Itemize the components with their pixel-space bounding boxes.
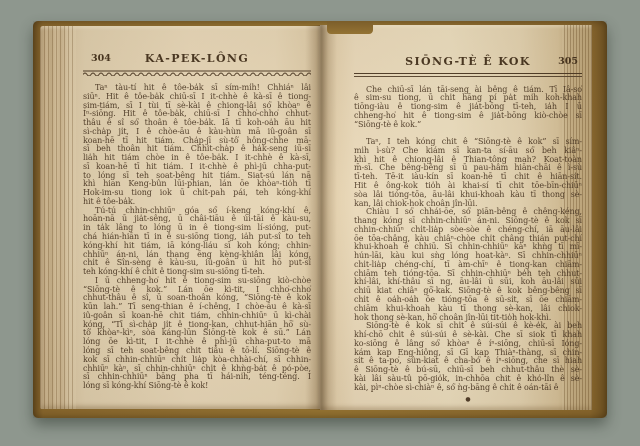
photo-of-open-book: { "window": { "background_color": "#8e97… [0, 0, 640, 446]
paragraph: Che chiū-sī lán tāi-seng ài bêng ê tiám.… [354, 86, 582, 130]
left-header-rule-wavy [83, 70, 311, 76]
left-running-head: KA-PEK-LÔNG [83, 52, 311, 65]
right-running-head-row: SIŌNG-TÈ Ê KOK 305 [354, 55, 582, 70]
paragraph: Tú-tú chhin-chhiūⁿ góa só͘ í-keng kóng-k… [83, 207, 311, 277]
left-page-content: 304 KA-PEK-LÔNG Taⁿ tàu-tí hit ê tôe-ba̍… [83, 52, 311, 391]
section-divider-dot: ● [354, 397, 582, 403]
right-page-content: SIŌNG-TÈ Ê KOK 305 Che chiū-sī lán tāi-s… [354, 55, 582, 403]
right-page-number: 305 [558, 56, 578, 67]
open-book: 304 KA-PEK-LÔNG Taⁿ tàu-tí hit ê tôe-ba̍… [33, 21, 607, 418]
paragraph: Chiàu I só͘ chhái-ōe, só͘ piān-bêng ê ch… [354, 208, 582, 322]
right-running-head: SIŌNG-TÈ Ê KOK [354, 55, 582, 68]
right-header-rule [354, 73, 582, 77]
spine-top-binding [327, 21, 373, 34]
text-line: “Siōng-tè ê kok.” [354, 121, 582, 130]
text-line: kài, pìⁿ-chòe sì-chiàⁿ ê, só͘ ǹg-bāng ê … [354, 384, 582, 393]
paragraph: Siōng-tè ê kok sī chi̍t ê súi-súi ê kè-e… [354, 322, 582, 392]
right-page-body: Che chiū-sī lán tāi-seng ài bêng ê tiám.… [354, 86, 582, 393]
left-page-stack-edges [40, 26, 76, 409]
paragraph: I ū chheng-ho͘ hit ê tiong-sim su-siōng … [83, 277, 311, 391]
text-line: lóng sī kóng-khí Siōng-tè ê kok! [83, 382, 311, 391]
paragraph: Taⁿ tàu-tí hit ê tôe-ba̍k sī sím-mi̍h! C… [83, 84, 311, 207]
left-page-body: Taⁿ tàu-tí hit ê tôe-ba̍k sī sím-mi̍h! C… [83, 84, 311, 391]
paragraph: Taⁿ, I teh kóng chit ê “Siōng-tè ê kok” … [354, 138, 582, 208]
left-running-head-row: 304 KA-PEK-LÔNG [83, 52, 311, 67]
